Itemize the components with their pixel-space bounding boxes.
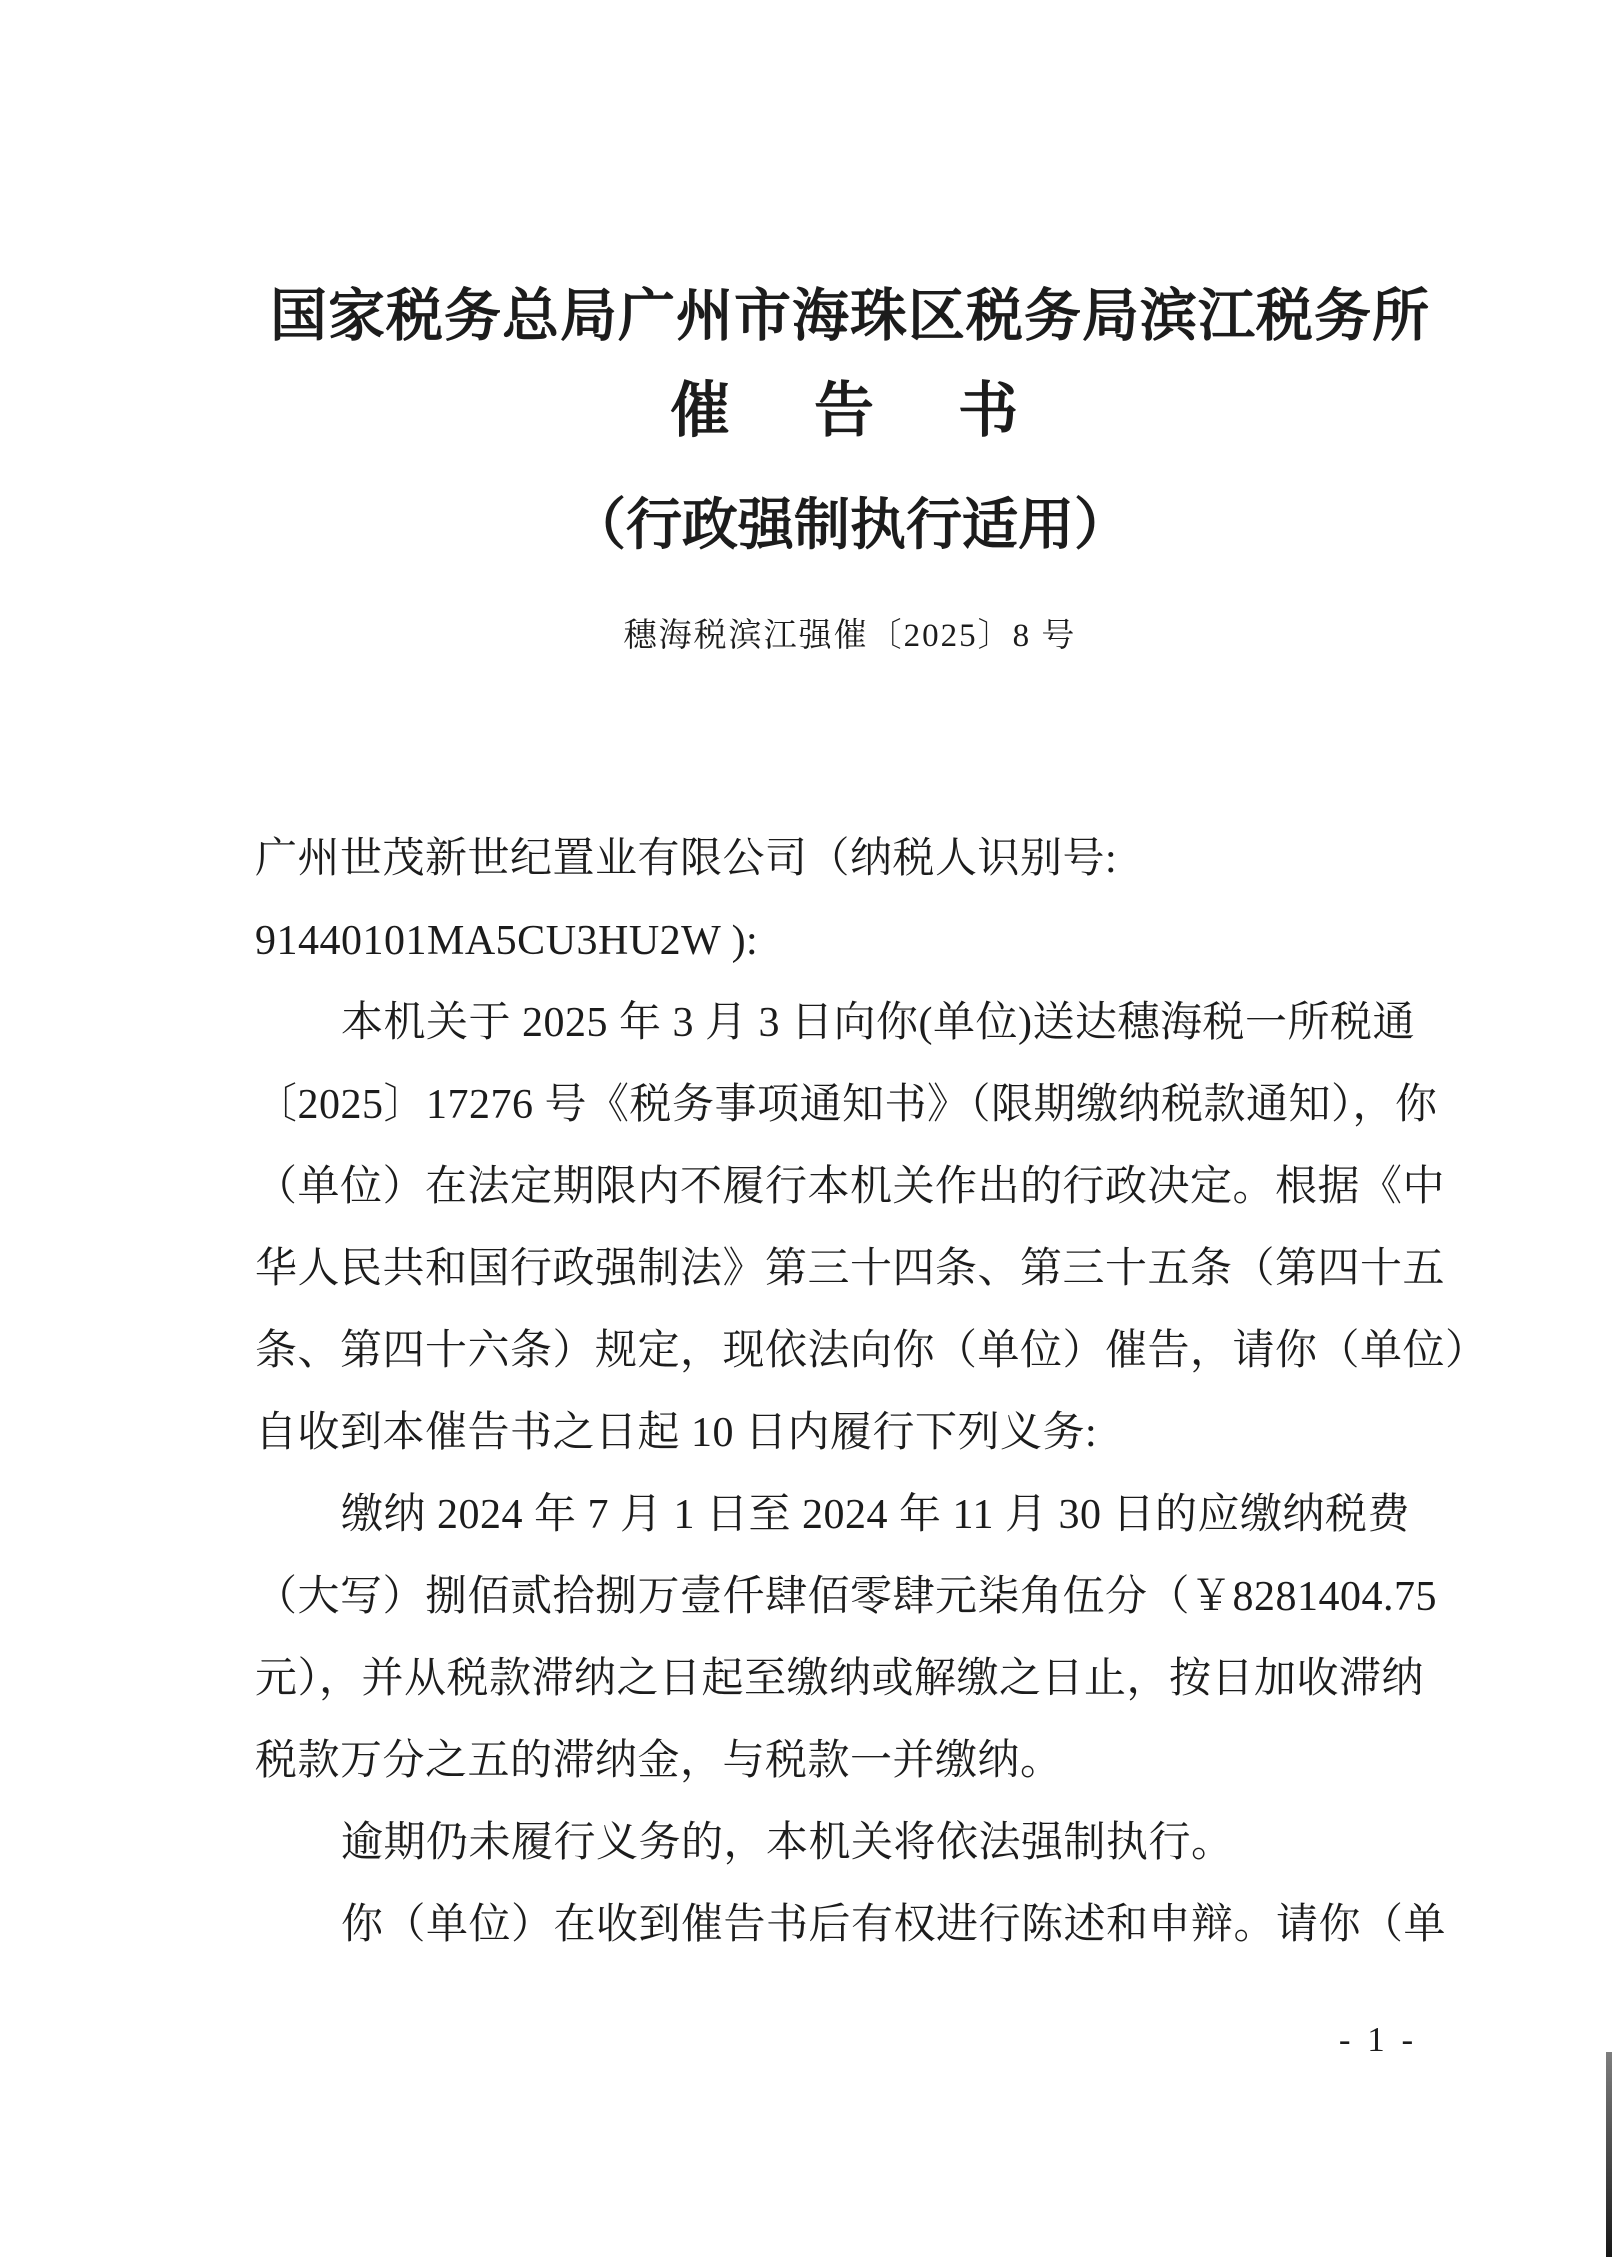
document-title: 催 告 书 bbox=[255, 374, 1445, 448]
body-line: （大写）捌佰贰拾捌万壹仟肆佰零肆元柒角伍分（￥8281404.75 bbox=[255, 1556, 1445, 1638]
body-line: 条、第四十六条）规定，现依法向你（单位）催告，请你（单位） bbox=[255, 1310, 1445, 1392]
body-line: 华人民共和国行政强制法》第三十四条、第三十五条（第四十五 bbox=[255, 1228, 1445, 1310]
body-line: 你（单位）在收到催告书后有权进行陈述和申辩。请你（单 bbox=[255, 1884, 1445, 1966]
body-line: 自收到本催告书之日起 10 日内履行下列义务: bbox=[255, 1392, 1445, 1474]
body-line: 逾期仍未履行义务的，本机关将依法强制执行。 bbox=[255, 1802, 1445, 1884]
document-body: 广州世茂新世纪置业有限公司（纳税人识别号: 91440101MA5CU3HU2W… bbox=[255, 818, 1445, 1966]
body-line: 91440101MA5CU3HU2W ): bbox=[255, 900, 1445, 982]
body-line: （单位）在法定期限内不履行本机关作出的行政决定。根据《中 bbox=[255, 1146, 1445, 1228]
issuing-authority-title: 国家税务总局广州市海珠区税务局滨江税务所 bbox=[255, 282, 1445, 352]
body-line: 元），并从税款滞纳之日起至缴纳或解缴之日止，按日加收滞纳 bbox=[255, 1638, 1445, 1720]
page-number: - 1 - bbox=[1318, 2018, 1438, 2062]
scan-edge-artifact bbox=[1606, 2052, 1612, 2257]
document-subtitle: （行政强制执行适用） bbox=[255, 490, 1445, 562]
body-line: 〔2025〕17276 号《税务事项通知书》（限期缴纳税款通知），你 bbox=[255, 1064, 1445, 1146]
body-line: 缴纳 2024 年 7 月 1 日至 2024 年 11 月 30 日的应缴纳税… bbox=[255, 1474, 1445, 1556]
body-line: 税款万分之五的滞纳金，与税款一并缴纳。 bbox=[255, 1720, 1445, 1802]
body-line: 广州世茂新世纪置业有限公司（纳税人识别号: bbox=[255, 818, 1445, 900]
body-line: 本机关于 2025 年 3 月 3 日向你(单位)送达穗海税一所税通 bbox=[255, 982, 1445, 1064]
document-number: 穗海税滨江强催〔2025〕8 号 bbox=[255, 614, 1445, 658]
document-page: 国家税务总局广州市海珠区税务局滨江税务所 催 告 书 （行政强制执行适用） 穗海… bbox=[0, 0, 1612, 2257]
